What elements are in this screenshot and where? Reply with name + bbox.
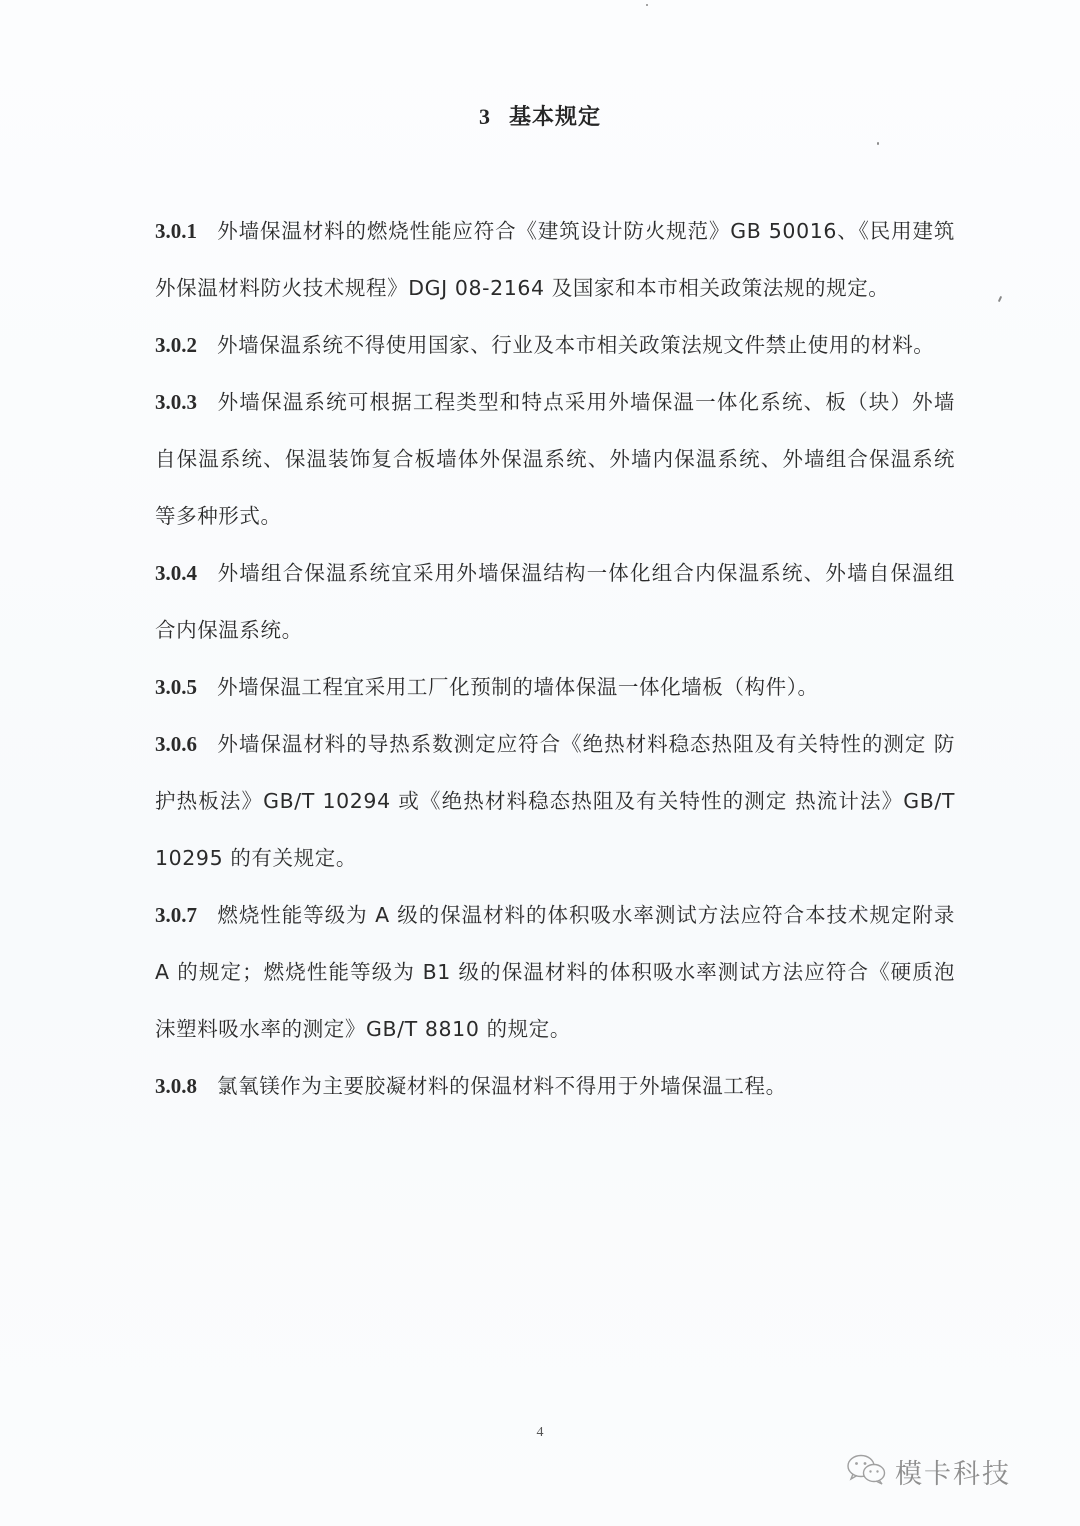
clause-3-0-8: 3.0.8氯氧镁作为主要胶凝材料的保温材料不得用于外墙保温工程。 [155, 1058, 955, 1115]
clause-number: 3.0.5 [155, 675, 197, 699]
clause-text: 外墙组合保温系统宜采用外墙保温结构一体化组合内保温系统、外墙自保温组合内保温系统… [155, 561, 955, 642]
clause-text: 外墙保温工程宜采用工厂化预制的墙体保温一体化墙板（构件）。 [217, 675, 819, 699]
clause-3-0-5: 3.0.5外墙保温工程宜采用工厂化预制的墙体保温一体化墙板（构件）。 [155, 659, 955, 716]
clause-3-0-7: 3.0.7燃烧性能等级为 A 级的保温材料的体积吸水率测试方法应符合本技术规定附… [155, 887, 955, 1058]
clause-number: 3.0.6 [155, 732, 197, 756]
clause-text: 外墙保温系统可根据工程类型和特点采用外墙保温一体化系统、板（块）外墙自保温系统、… [155, 390, 955, 528]
scan-speck [998, 296, 1002, 302]
clause-3-0-2: 3.0.2外墙保温系统不得使用国家、行业及本市相关政策法规文件禁止使用的材料。 [155, 317, 955, 374]
clause-number: 3.0.7 [155, 903, 197, 927]
scan-speck [877, 142, 879, 145]
clause-text: 氯氧镁作为主要胶凝材料的保温材料不得用于外墙保温工程。 [217, 1074, 787, 1098]
clause-text: 燃烧性能等级为 A 级的保温材料的体积吸水率测试方法应符合本技术规定附录 A 的… [155, 903, 955, 1041]
document-page: 3基本规定 3.0.1外墙保温材料的燃烧性能应符合《建筑设计防火规范》GB 50… [0, 0, 1080, 1526]
clause-number: 3.0.2 [155, 333, 197, 357]
clause-3-0-1: 3.0.1外墙保温材料的燃烧性能应符合《建筑设计防火规范》GB 50016、《民… [155, 203, 955, 317]
section-title: 基本规定 [509, 105, 601, 130]
clause-3-0-3: 3.0.3外墙保温系统可根据工程类型和特点采用外墙保温一体化系统、板（块）外墙自… [155, 374, 955, 545]
section-heading: 3基本规定 [0, 100, 1080, 131]
clause-3-0-4: 3.0.4外墙组合保温系统宜采用外墙保温结构一体化组合内保温系统、外墙自保温组合… [155, 545, 955, 659]
clause-number: 3.0.3 [155, 390, 197, 414]
section-number: 3 [479, 104, 491, 129]
page-number: 4 [0, 1425, 1080, 1441]
clause-number: 3.0.1 [155, 219, 197, 243]
wechat-icon [845, 1453, 889, 1491]
watermark-text: 模卡科技 [895, 1452, 1011, 1491]
clause-list: 3.0.1外墙保温材料的燃烧性能应符合《建筑设计防火规范》GB 50016、《民… [155, 203, 955, 1115]
watermark: 模卡科技 [845, 1452, 1011, 1491]
clause-text: 外墙保温系统不得使用国家、行业及本市相关政策法规文件禁止使用的材料。 [217, 333, 934, 357]
clause-3-0-6: 3.0.6外墙保温材料的导热系数测定应符合《绝热材料稳态热阻及有关特性的测定 防… [155, 716, 955, 887]
clause-number: 3.0.8 [155, 1074, 197, 1098]
scan-speck [646, 4, 648, 6]
clause-text: 外墙保温材料的导热系数测定应符合《绝热材料稳态热阻及有关特性的测定 防护热板法》… [155, 732, 955, 870]
clause-text: 外墙保温材料的燃烧性能应符合《建筑设计防火规范》GB 50016、《民用建筑外保… [155, 219, 955, 300]
clause-number: 3.0.4 [155, 561, 197, 585]
